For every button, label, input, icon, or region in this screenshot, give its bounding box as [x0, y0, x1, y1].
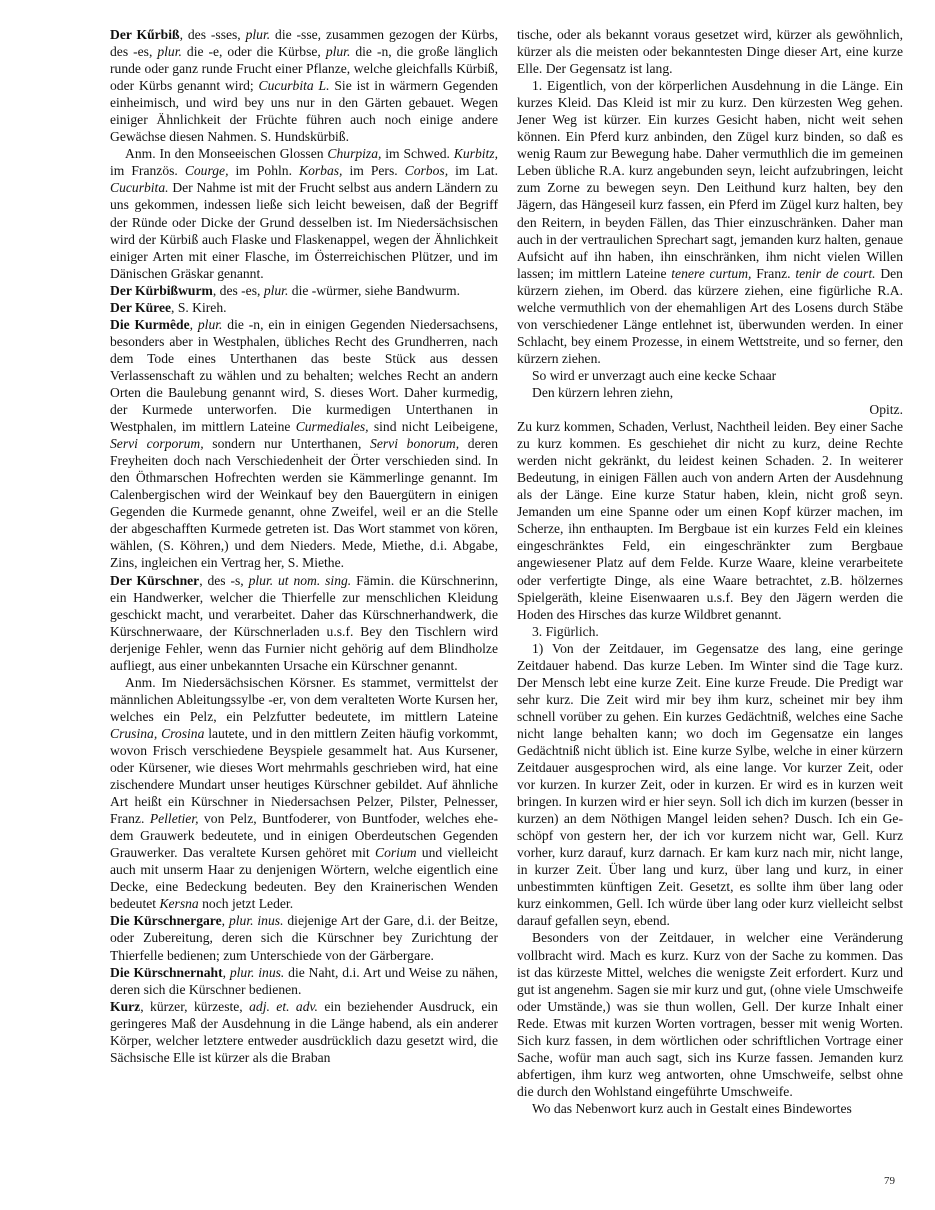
headword: Die Kürschnernaht [110, 965, 223, 980]
headword: Der Kürschner [110, 573, 199, 588]
sense-3-heading: 3. Figürlich. [517, 623, 903, 640]
headword: Die Kürschnergare [110, 913, 222, 928]
verse-attribution: Opitz. [517, 401, 903, 418]
entry-kuerschner: Der Kürschner, des -s, plur. ut nom. sin… [110, 572, 498, 674]
left-column: Der Kűrbiß, des -sses, plur. die -sse, z… [110, 26, 498, 1066]
sense-conjunction: Wo das Nebenwort kurz auch in Gestalt ei… [517, 1100, 903, 1117]
headword: Die Kurmêde [110, 317, 190, 332]
sense-3-1-besonders: Besonders von der Zeitdauer, in welcher … [517, 929, 903, 1099]
headword: Der Kűrbiß [110, 27, 180, 42]
verse-line: So wird er unverzagt auch eine kecke Sch… [517, 367, 903, 384]
note-kuerbiss: Anm. In den Monseeischen Glossen Churpiz… [110, 145, 498, 281]
page-number: 79 [884, 1175, 895, 1187]
entry-kuerbiss: Der Kűrbiß, des -sses, plur. die -sse, z… [110, 26, 498, 145]
entry-kueree: Der Küree, S. Kireh. [110, 299, 498, 316]
entry-kurz: Kurz, kürzer, kürzeste, adj. et. adv. ei… [110, 998, 498, 1066]
sense-3-1: 1) Von der Zeitdauer, im Gegensatze des … [517, 640, 903, 930]
note-kuerschner: Anm. Im Niedersächsischen Körsner. Es st… [110, 674, 498, 913]
headword: Der Kürbißwurm [110, 283, 213, 298]
sense-1: 1. Eigentlich, von der körperlichen Ausd… [517, 77, 903, 367]
sense-2: Zu kurz kommen, Schaden, Verlust, Nachth… [517, 418, 903, 623]
verse-line: Den kürzern lehren ziehn, [517, 384, 903, 401]
headword: Der Küree [110, 300, 171, 315]
right-column: tische, oder als bekannt voraus gesetzet… [517, 26, 903, 1117]
continuation-kurz: tische, oder als bekannt voraus gesetzet… [517, 26, 903, 77]
headword: Kurz [110, 999, 140, 1014]
entry-kuerschnergare: Die Kürschnergare, plur. inus. diejenige… [110, 912, 498, 963]
entry-kuerschnernaht: Die Kürschnernaht, plur. inus. die Naht,… [110, 964, 498, 998]
entry-kurmede: Die Kurmêde, plur. die -n, ein in einige… [110, 316, 498, 572]
entry-kuerbisswurm: Der Kürbißwurm, des -es, plur. die -würm… [110, 282, 498, 299]
